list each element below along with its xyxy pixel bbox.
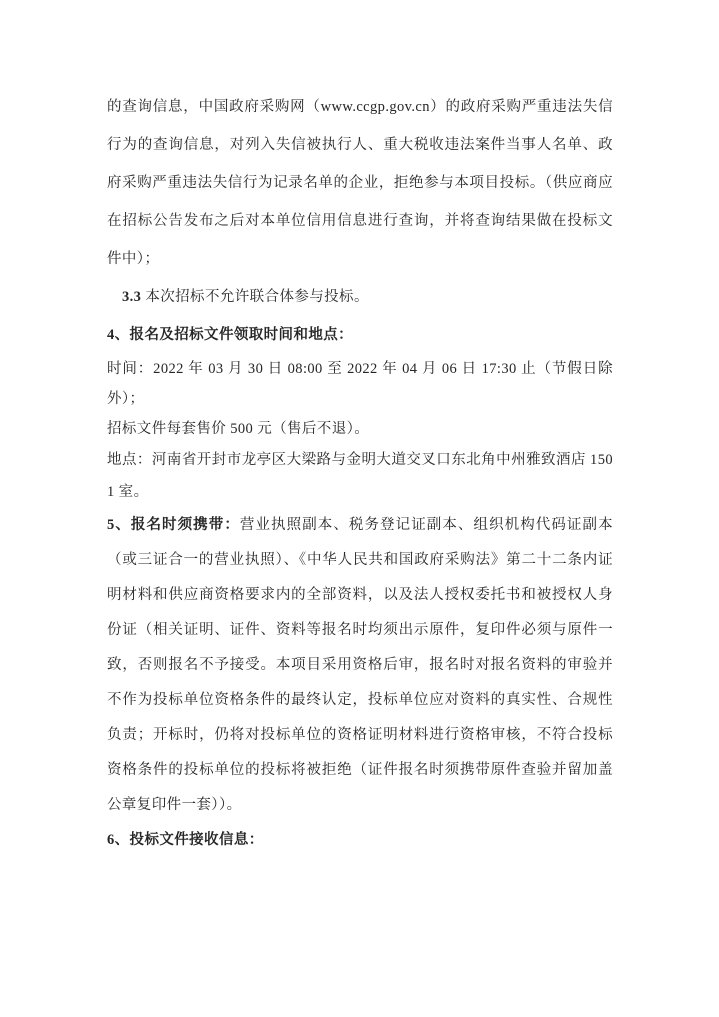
credit-check-paragraph: 的查询信息，中国政府采购网（www.ccgp.gov.cn）的政府采购严重违法失… [107, 88, 613, 278]
registration-location-paragraph: 地点：河南省开封市龙亭区大梁路与金明大道交叉口东北角中州雅致酒店 1501 室。 [107, 444, 613, 508]
document-price-paragraph: 招标文件每套售价 500 元（售后不退）。 [107, 414, 613, 444]
credit-check-paragraph-text: 的查询信息，中国政府采购网（www.ccgp.gov.cn）的政府采购严重违法失… [107, 99, 613, 267]
registration-time-text: 时间：2022 年 03 月 30 日 08:00 至 2022 年 04 月 … [107, 361, 613, 407]
clause-3-3-text: 本次招标不允许联合体参与投标。 [141, 289, 369, 305]
clause-3-3-number: 3.3 [122, 289, 141, 305]
section-5-body-text: 营业执照副本、税务登记证副本、组织机构代码证副本（或三证合一的营业执照）、《中华… [107, 517, 613, 813]
clause-3-3-paragraph: 3.3 本次招标不允许联合体参与投标。 [107, 278, 613, 316]
registration-time-paragraph: 时间：2022 年 03 月 30 日 08:00 至 2022 年 04 月 … [107, 354, 613, 414]
document-text-block: 的查询信息，中国政府采购网（www.ccgp.gov.cn）的政府采购严重违法失… [107, 88, 613, 858]
document-page: 的查询信息，中国政府采购网（www.ccgp.gov.cn）的政府采购严重违法失… [0, 0, 719, 1017]
document-price-text: 招标文件每套售价 500 元（售后不退）。 [107, 421, 369, 437]
section-5-paragraph: 5、报名时须携带：营业执照副本、税务登记证副本、组织机构代码证副本（或三证合一的… [107, 508, 613, 823]
section-4-heading: 4、报名及招标文件领取时间和地点： [107, 316, 613, 354]
registration-location-text: 地点：河南省开封市龙亭区大梁路与金明大道交叉口东北角中州雅致酒店 1501 室。 [107, 452, 613, 500]
section-4-heading-text: 4、报名及招标文件领取时间和地点： [107, 327, 353, 343]
section-6-heading: 6、投标文件接收信息： [107, 823, 613, 858]
section-5-heading-text: 5、报名时须携带： [107, 517, 240, 533]
section-6-heading-text: 6、投标文件接收信息： [107, 832, 264, 848]
